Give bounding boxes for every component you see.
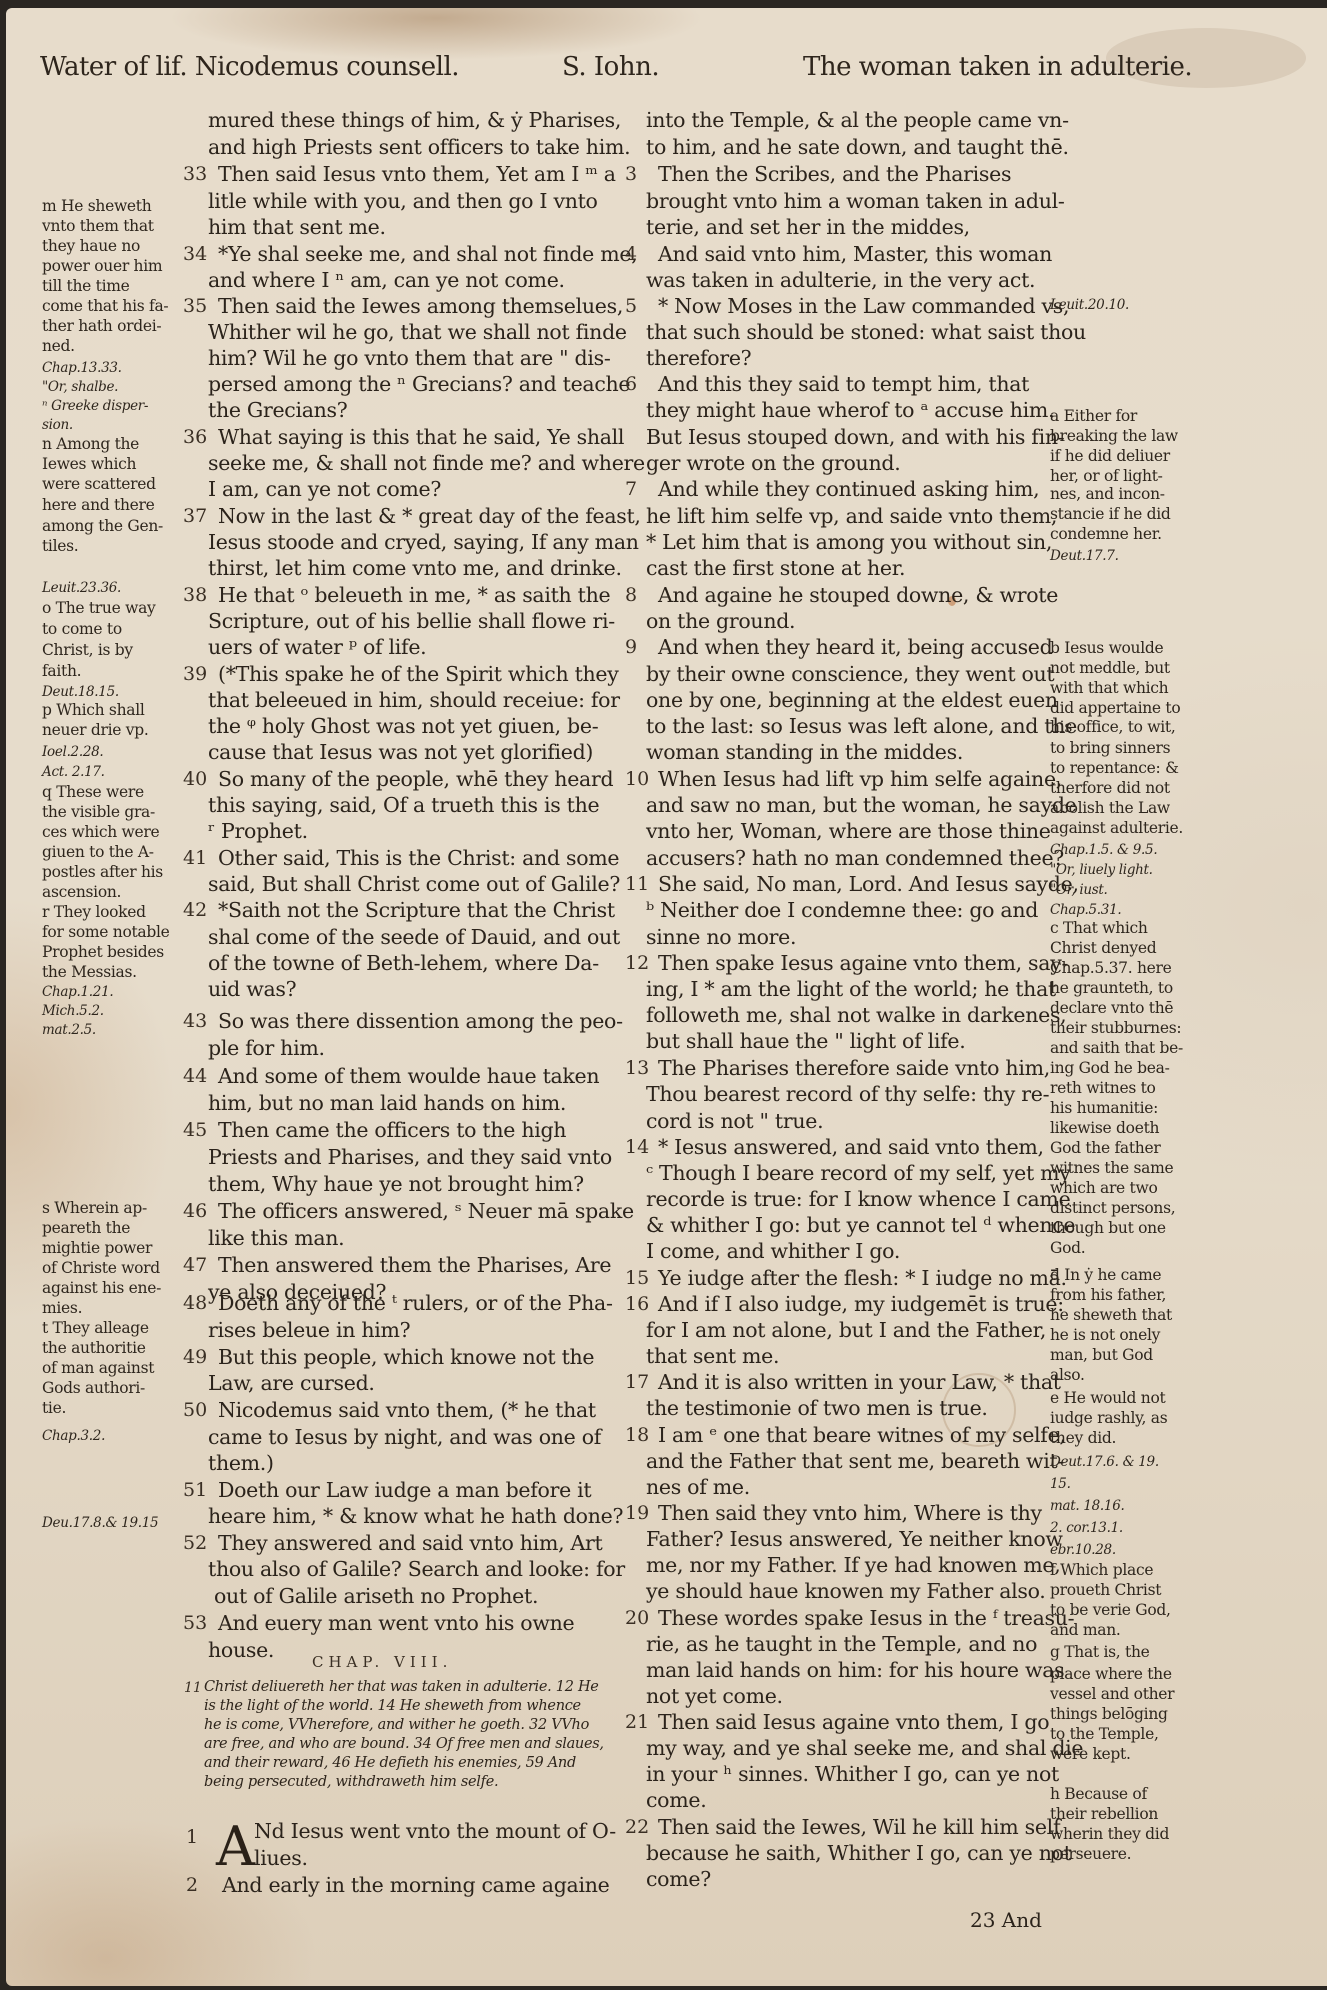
- margin-note: d In ẏ he came: [1050, 1265, 1161, 1285]
- text-line: cord is not " true.: [646, 1108, 823, 1135]
- text-line: Doeth our Law iudge a man before it: [218, 1477, 591, 1504]
- text-line: They answered and said vnto him, Art: [218, 1530, 602, 1557]
- margin-note: ing God he bea-: [1050, 1058, 1170, 1078]
- text-line: Law, are cursed.: [208, 1370, 375, 1397]
- text-line: But this people, which knowe not the: [218, 1344, 594, 1371]
- text-line: uers of water ᵖ of life.: [208, 634, 426, 661]
- text-line: Then came the officers to the high: [218, 1117, 566, 1144]
- margin-note: come that his fa-: [42, 296, 168, 316]
- catchword: 23 And: [970, 1908, 1042, 1932]
- text-line: me, nor my Father. If ye had knowen me,: [646, 1552, 1060, 1579]
- margin-note: witnes the same: [1050, 1158, 1173, 1178]
- margin-note: b Iesus woulde: [1050, 638, 1163, 658]
- margin-note: vessel and other: [1050, 1684, 1174, 1704]
- margin-note: Gods authori-: [42, 1378, 145, 1398]
- verse-number: 22: [625, 1816, 649, 1838]
- header-center: S. Iohn.: [562, 52, 659, 82]
- text-line: When Iesus had lift vp him selfe againe,: [658, 766, 1062, 793]
- margin-reference: Deut.17.6. & 19.: [1050, 1452, 1159, 1472]
- margin-note: the Messias.: [42, 962, 137, 982]
- verse-number: 41: [183, 847, 207, 869]
- margin-note: r They looked: [42, 902, 146, 922]
- margin-note: if he did deliuer: [1050, 446, 1170, 466]
- verse-number: 18: [625, 1424, 649, 1446]
- margin-note: tie.: [42, 1398, 66, 1418]
- text-line: but shall haue the " light of life.: [646, 1028, 965, 1055]
- verse-number: 2: [186, 1874, 198, 1896]
- text-line: Whither wil he go, that we shall not fin…: [208, 319, 627, 346]
- verse-number: 53: [183, 1612, 207, 1634]
- text-line: out of Galile ariseth no Prophet.: [214, 1583, 538, 1610]
- margin-reference: Chap.1.21.: [42, 982, 113, 1002]
- margin-note: with that which: [1050, 678, 1168, 698]
- text-line: So many of the people, whē they heard: [218, 766, 613, 793]
- margin-note: God the father: [1050, 1138, 1160, 1158]
- margin-note: for some notable: [42, 922, 170, 942]
- margin-note: g That is, the: [1050, 1642, 1150, 1662]
- text-line: cause that Iesus was not yet glorified): [208, 739, 593, 766]
- margin-note: f Which place: [1050, 1560, 1153, 1580]
- margin-note: were scattered: [42, 474, 156, 494]
- margin-note: ther hath ordei-: [42, 316, 161, 336]
- margin-note: to be verie God,: [1050, 1600, 1171, 1620]
- text-line: mured these things of him, & ẏ Pharises,: [208, 107, 621, 134]
- text-line: woman standing in the middes.: [646, 739, 963, 766]
- text-line: and saw no man, but the woman, he sayde: [646, 792, 1077, 819]
- verse-number: 3: [625, 163, 637, 185]
- margin-note: to repentance: &: [1050, 758, 1179, 778]
- margin-note: things belōging: [1050, 1704, 1168, 1724]
- text-line: come?: [646, 1866, 711, 1893]
- margin-note: abolish the Law: [1050, 798, 1170, 818]
- text-line: ple for him.: [208, 1035, 325, 1062]
- text-line: him? Wil he go vnto them that are " dis-: [208, 345, 610, 372]
- text-line: Priests and Pharises, and they said vnto: [208, 1144, 612, 1171]
- text-line: man laid hands on him: for his houre was: [646, 1657, 1064, 1684]
- text-line: for I am not alone, but I and the Father…: [646, 1317, 1046, 1344]
- margin-note: ned.: [42, 336, 75, 356]
- margin-note: Christ, is by: [42, 640, 133, 660]
- verse-number: 20: [625, 1607, 649, 1629]
- margin-note: Chap.5.37. here: [1050, 958, 1172, 978]
- text-line: *Saith not the Scripture that the Christ: [218, 897, 615, 924]
- margin-reference: 2. cor.13.1.: [1050, 1518, 1123, 1538]
- margin-note: he sheweth that: [1050, 1305, 1172, 1325]
- text-line: into the Temple, & al the people came vn…: [646, 107, 1069, 134]
- text-line: Scripture, out of his bellie shall flowe…: [208, 608, 615, 635]
- text-line: and where I ⁿ am, can ye not come.: [208, 267, 565, 294]
- margin-note: declare vnto thē: [1050, 998, 1173, 1018]
- margin-note: iudge rashly, as: [1050, 1408, 1167, 1428]
- text-line: Then answered them the Pharises, Are: [218, 1252, 611, 1279]
- text-line: ᵇ Neither doe I condemne thee: go and: [646, 897, 1038, 924]
- summary-verse-number: 11: [184, 1680, 202, 1696]
- margin-note: giuen to the A-: [42, 842, 154, 862]
- text-line: him that sent me.: [208, 214, 386, 241]
- margin-note: t They alleage: [42, 1318, 149, 1338]
- margin-reference: Leuit.23.36.: [42, 578, 121, 598]
- text-line: ing, I * am the light of the world; he t…: [646, 976, 1056, 1003]
- text-line: them, Why haue ye not brought him?: [208, 1171, 584, 1198]
- text-line: I am ᵉ one that beare witnes of my selfe…: [658, 1422, 1066, 1449]
- margin-note: place where the: [1050, 1664, 1172, 1684]
- text-line: therefore?: [646, 345, 751, 372]
- margin-note: and man.: [1050, 1620, 1121, 1640]
- text-line: this saying, said, Of a trueth this is t…: [208, 792, 599, 819]
- verse-number: 49: [183, 1346, 207, 1368]
- verse-number: 46: [183, 1200, 207, 1222]
- text-line: & whither I go: but ye cannot tel ᵈ when…: [646, 1212, 1075, 1239]
- margin-note: q These were: [42, 782, 144, 802]
- margin-note: from his father,: [1050, 1285, 1166, 1305]
- margin-reference: Chap.13.33.: [42, 358, 122, 378]
- text-line: The Pharises therefore saide vnto him,: [658, 1055, 1050, 1082]
- text-line: Thou bearest record of thy selfe: thy re…: [646, 1081, 1049, 1108]
- text-line: rie, as he taught in the Temple, and no: [646, 1631, 1037, 1658]
- verse-number: 17: [625, 1371, 649, 1393]
- margin-note: reth witnes to: [1050, 1078, 1156, 1098]
- text-line: house.: [208, 1637, 274, 1664]
- margin-note: God.: [1050, 1238, 1085, 1258]
- text-line: seeke me, & shall not finde me? and wher…: [208, 450, 645, 477]
- chapter-summary-line: Christ deliuereth her that was taken in …: [204, 1678, 599, 1697]
- margin-note: of man against: [42, 1358, 154, 1378]
- text-line: And if I also iudge, my iudgemēt is true…: [658, 1291, 1064, 1318]
- text-line: Now in the last & * great day of the fea…: [218, 503, 641, 530]
- chapter-summary-line: and their reward, 46 He defieth his enem…: [204, 1754, 576, 1773]
- text-line: come.: [646, 1787, 706, 1814]
- margin-note: therfore did not: [1050, 778, 1170, 798]
- margin-note: their rebellion: [1050, 1804, 1158, 1824]
- text-line: And when they heard it, being accused: [658, 634, 1052, 661]
- text-line: cast the first stone at her.: [646, 555, 905, 582]
- margin-note: here and there: [42, 495, 155, 515]
- text-line: Father? Iesus answered, Ye neither know: [646, 1526, 1063, 1553]
- margin-note: of Christe word: [42, 1258, 160, 1278]
- text-line: to him, and he sate down, and taught thē…: [646, 134, 1069, 161]
- margin-note: ascension.: [42, 882, 121, 902]
- text-line: *Ye shal seeke me, and shal not finde me…: [218, 241, 637, 268]
- drop-cap: A: [216, 1820, 255, 1874]
- text-line: And this they said to tempt him, that: [658, 371, 1029, 398]
- text-line: ᶜ Though I beare record of my self, yet …: [646, 1160, 1071, 1187]
- margin-note: he graunteth, to: [1050, 978, 1173, 998]
- margin-note: faith.: [42, 661, 81, 681]
- text-line: that such should be stoned: what saist t…: [646, 319, 1086, 346]
- margin-note: the authoritie: [42, 1338, 146, 1358]
- margin-note: power ouer him: [42, 256, 162, 276]
- text-line: and high Priests sent officers to take h…: [208, 134, 630, 161]
- text-line: persed among the ⁿ Grecians? and teache: [208, 371, 630, 398]
- text-line: ye should haue knowen my Father also.: [646, 1578, 1046, 1605]
- text-line: And some of them woulde haue taken: [218, 1063, 599, 1090]
- text-line: liues.: [254, 1845, 308, 1872]
- text-line: sinne no more.: [646, 924, 796, 951]
- text-line: nes of me.: [646, 1474, 750, 1501]
- chapter-summary-line: he is come, VVherefore, and wither he go…: [204, 1716, 589, 1735]
- text-line: * Let him that is among you without sin,: [646, 529, 1052, 556]
- text-line: But Iesus stouped down, and with his fin…: [646, 424, 1064, 451]
- text-line: * Now Moses in the Law commanded vs,: [658, 293, 1069, 320]
- text-line: He that ᵒ beleueth in me, * as saith the: [218, 582, 610, 609]
- margin-note: n Among the: [42, 434, 139, 454]
- text-line: She said, No man, Lord. And Iesus sayde,: [658, 871, 1079, 898]
- margin-reference: Chap.3.2.: [42, 1426, 105, 1446]
- text-line: These wordes spake Iesus in the ᶠ treasu…: [658, 1605, 1074, 1632]
- margin-note: s Wherein ap-: [42, 1198, 147, 1218]
- text-line: my way, and ye shal seeke me, and shal d…: [646, 1735, 1083, 1762]
- text-line: I am, can ye not come?: [208, 476, 441, 503]
- text-line: I come, and whither I go.: [646, 1238, 900, 1265]
- margin-note: postles after his: [42, 862, 163, 882]
- text-line: and the Father that sent me, beareth wit…: [646, 1448, 1064, 1475]
- margin-note: to come to: [42, 619, 122, 639]
- text-line: And it is also written in your Law, * th…: [658, 1369, 1061, 1396]
- verse-number: 40: [183, 768, 207, 790]
- margin-note: Christ denyed: [1050, 938, 1156, 958]
- text-line: not yet come.: [646, 1683, 783, 1710]
- margin-note: m He sheweth: [42, 196, 151, 216]
- text-line: ʳ Prophet.: [208, 818, 308, 845]
- verse-number: 39: [183, 663, 207, 685]
- margin-note: h Because of: [1050, 1784, 1147, 1804]
- chapter-heading: CHAP. VIII.: [312, 1653, 452, 1671]
- margin-note: wherin they did: [1050, 1824, 1169, 1844]
- text-line: the ᵠ holy Ghost was not yet giuen, be-: [208, 713, 598, 740]
- margin-note: mightie power: [42, 1238, 152, 1258]
- text-line: shal come of the seede of Dauid, and out: [208, 924, 620, 951]
- text-line: recorde is true: for I know whence I cam…: [646, 1186, 1070, 1213]
- margin-reference: Act. 2.17.: [42, 762, 105, 782]
- margin-note: not meddle, but: [1050, 658, 1170, 678]
- verse-number: 44: [183, 1065, 207, 1087]
- margin-note: a Either for: [1050, 406, 1137, 426]
- margin-note: o The true way: [42, 598, 155, 618]
- verse-number: 6: [625, 373, 637, 395]
- text-line: they might haue wherof to ᵃ accuse him.: [646, 397, 1054, 424]
- text-line: he lift him selfe vp, and saide vnto the…: [646, 503, 1057, 530]
- margin-note: proueth Christ: [1050, 1580, 1161, 1600]
- margin-note: nes, and incon-: [1050, 484, 1165, 504]
- verse-number: 4: [625, 243, 637, 265]
- margin-note: his humanitie:: [1050, 1098, 1158, 1118]
- margin-note: Iewes which: [42, 454, 136, 474]
- verse-number: 11: [625, 873, 649, 895]
- text-line: Other said, This is the Christ: and some: [218, 845, 619, 872]
- text-line: Then said Iesus againe vnto them, I go: [658, 1709, 1049, 1736]
- text-line: Then said Iesus vnto them, Yet am I ᵐ a: [218, 161, 616, 188]
- text-line: Nicodemus said vnto them, (* he that: [218, 1397, 596, 1424]
- text-line: followeth me, shal not walke in darkenes…: [646, 1002, 1066, 1029]
- verse-number: 21: [625, 1711, 649, 1733]
- text-line: that beleeued in him, should receiue: fo…: [208, 687, 620, 714]
- text-line: The officers answered, ˢ Neuer mā spake: [218, 1198, 634, 1225]
- verse-number: 19: [625, 1502, 649, 1524]
- chapter-summary-line: being persecuted, withdraweth him selfe.: [204, 1773, 498, 1792]
- header-left: Water of lif. Nicodemus counsell.: [40, 52, 459, 82]
- verse-number: 9: [625, 636, 637, 658]
- text-line: And while they continued asking him,: [658, 476, 1039, 503]
- margin-note: did appertaine to: [1050, 698, 1180, 718]
- margin-note: till the time: [42, 276, 130, 296]
- text-line: * Iesus answered, and said vnto them,: [658, 1134, 1044, 1161]
- text-line: litle while with you, and then go I vnto: [208, 188, 598, 215]
- margin-reference: "Or, shalbe.: [42, 377, 118, 397]
- book-page: Water of lif. Nicodemus counsell. S. Ioh…: [6, 8, 1327, 1986]
- verse-number: 5: [625, 295, 637, 317]
- verse-number: 45: [183, 1119, 207, 1141]
- verse-number: 13: [625, 1057, 649, 1079]
- chapter-summary-line: are free, and who are bound. 34 Of free …: [204, 1735, 604, 1754]
- margin-note: they haue no: [42, 236, 140, 256]
- text-line: said, But shall Christ come out of Galil…: [208, 871, 620, 898]
- verse-number: 42: [183, 899, 207, 921]
- margin-note: though but one: [1050, 1218, 1166, 1238]
- margin-note: Prophet besides: [42, 942, 164, 962]
- text-line: So was there dissention among the peo-: [218, 1008, 623, 1035]
- margin-reference: Deut.17.7.: [1050, 546, 1119, 566]
- margin-note: perseuere.: [1050, 1844, 1131, 1864]
- text-line: accusers? hath no man condemned thee?: [646, 845, 1064, 872]
- margin-note: against adulterie.: [1050, 818, 1183, 838]
- verse-number: 7: [625, 478, 637, 500]
- verse-number: 8: [625, 584, 637, 606]
- text-line: like this man.: [208, 1225, 344, 1252]
- text-line: him, but no man laid hands on him.: [208, 1090, 566, 1117]
- text-line: on the ground.: [646, 608, 795, 635]
- text-line: Ye iudge after the flesh: * I iudge no m…: [658, 1265, 1067, 1292]
- text-line: to the last: so Iesus was left alone, an…: [646, 713, 1077, 740]
- margin-note: neuer drie vp.: [42, 720, 148, 740]
- margin-reference: "Or, liuely light.: [1050, 860, 1153, 880]
- margin-reference: ⁿ Greeke disper-: [42, 396, 148, 416]
- text-line: And said vnto him, Master, this woman: [658, 241, 1052, 268]
- text-line: by their owne conscience, they went out: [646, 661, 1054, 688]
- margin-note: peareth the: [42, 1218, 130, 1238]
- text-line: rises beleue in him?: [208, 1317, 410, 1344]
- text-line: Iesus stoode and cryed, saying, If any m…: [208, 529, 639, 556]
- margin-note: their stubburnes:: [1050, 1018, 1181, 1038]
- verse-number: 50: [183, 1399, 207, 1421]
- margin-reference: Ioel.2.28.: [42, 742, 103, 762]
- margin-note: e He would not: [1050, 1388, 1165, 1408]
- margin-note: they did.: [1050, 1428, 1116, 1448]
- margin-note: ces which were: [42, 822, 159, 842]
- margin-note: tiles.: [42, 536, 78, 556]
- text-line: the Grecians?: [208, 397, 347, 424]
- verse-number: 47: [183, 1254, 207, 1276]
- text-line: Then said the Iewes, Wil he kill him sel…: [658, 1814, 1060, 1841]
- margin-note: also.: [1050, 1365, 1085, 1385]
- margin-note: to the Temple,: [1050, 1724, 1159, 1744]
- text-line: And againe he stouped downe, & wrote: [658, 582, 1058, 609]
- margin-note: breaking the law: [1050, 426, 1178, 446]
- verse-number: 12: [625, 952, 649, 974]
- text-line: heare him, * & know what he hath done?: [208, 1503, 623, 1530]
- margin-note: among the Gen-: [42, 516, 163, 536]
- text-line: because he saith, Whither I go, can ye n…: [646, 1840, 1072, 1867]
- margin-note: against his ene-: [42, 1278, 161, 1298]
- text-line: thirst, let him come vnto me, and drinke…: [208, 555, 622, 582]
- text-line: uid was?: [208, 976, 296, 1003]
- text-line: terie, and set her in the middes,: [646, 214, 970, 241]
- verse-number: 52: [183, 1532, 207, 1554]
- margin-note: p Which shall: [42, 700, 145, 720]
- margin-reference: mat.2.5.: [42, 1020, 96, 1040]
- verse-number: 1: [186, 1826, 198, 1848]
- text-line: the testimonie of two men is true.: [646, 1395, 988, 1422]
- text-line: Nd Iesus went vnto the mount of O-: [254, 1818, 616, 1845]
- verse-number: 35: [183, 295, 207, 317]
- margin-reference: Mich.5.2.: [42, 1001, 104, 1021]
- margin-reference: Deu.17.8.& 19.15: [42, 1513, 158, 1533]
- verse-number: 36: [183, 426, 207, 448]
- margin-note: and saith that be-: [1050, 1038, 1183, 1058]
- margin-note: his office, to wit,: [1050, 717, 1175, 737]
- verse-number: 14: [625, 1136, 649, 1158]
- text-line: Then the Scribes, and the Pharises: [658, 161, 1011, 188]
- margin-note: were kept.: [1050, 1744, 1131, 1764]
- margin-note: likewise doeth: [1050, 1118, 1159, 1138]
- margin-note: stancie if he did: [1050, 504, 1171, 524]
- text-line: brought vnto him a woman taken in adul-: [646, 188, 1065, 215]
- margin-note: distinct persons,: [1050, 1198, 1175, 1218]
- margin-note: c That which: [1050, 918, 1148, 938]
- text-line: one by one, beginning at the eldest euen: [646, 687, 1058, 714]
- margin-reference: sion.: [42, 415, 73, 435]
- margin-note: mies.: [42, 1298, 82, 1318]
- text-line: Doeth any of the ᵗ rulers, or of the Pha…: [218, 1290, 613, 1317]
- margin-reference: Chap.1.5. & 9.5.: [1050, 840, 1157, 860]
- margin-note: which are two: [1050, 1178, 1157, 1198]
- margin-reference: mat. 18.16.: [1050, 1496, 1125, 1516]
- verse-number: 38: [183, 584, 207, 606]
- text-line: Then said the Iewes among themselues,: [218, 293, 623, 320]
- text-line: came to Iesus by night, and was one of: [208, 1424, 601, 1451]
- text-line: What saying is this that he said, Ye sha…: [218, 424, 624, 451]
- text-line: And early in the morning came againe: [222, 1872, 609, 1899]
- text-line: Then said they vnto him, Where is thy: [658, 1500, 1042, 1527]
- verse-number: 16: [625, 1293, 649, 1315]
- verse-number: 51: [183, 1479, 207, 1501]
- text-line: ger wrote on the ground.: [646, 450, 900, 477]
- verse-number: 15: [625, 1267, 649, 1289]
- margin-reference: ebr.10.28.: [1050, 1540, 1116, 1560]
- margin-reference: "Or, iust.: [1050, 880, 1108, 900]
- chapter-summary-line: is the light of the world. 14 He sheweth…: [204, 1697, 581, 1716]
- text-line: (*This spake he of the Spirit which they: [218, 661, 619, 688]
- text-line: of the towne of Beth-lehem, where Da-: [208, 950, 599, 977]
- verse-number: 37: [183, 505, 207, 527]
- margin-note: the visible gra-: [42, 802, 155, 822]
- text-line: them.): [208, 1450, 274, 1477]
- verse-number: 48: [183, 1292, 207, 1314]
- verse-number: 10: [625, 768, 649, 790]
- verse-number: 34: [183, 243, 207, 265]
- text-line: Then spake Iesus againe vnto them, say-: [658, 950, 1068, 977]
- margin-note: condemne her.: [1050, 524, 1162, 544]
- margin-reference: Leuit.20.10.: [1050, 295, 1129, 315]
- text-line: in your ʰ sinnes. Whither I go, can ye n…: [646, 1761, 1059, 1788]
- header-right: The woman taken in adulterie.: [803, 52, 1192, 82]
- verse-number: 43: [183, 1010, 207, 1032]
- verse-number: 33: [183, 163, 207, 185]
- text-line: that sent me.: [646, 1343, 779, 1370]
- text-line: And euery man went vnto his owne: [218, 1610, 574, 1637]
- margin-reference: 15.: [1050, 1474, 1071, 1494]
- margin-note: he is not onely: [1050, 1325, 1160, 1345]
- margin-note: man, but God: [1050, 1345, 1153, 1365]
